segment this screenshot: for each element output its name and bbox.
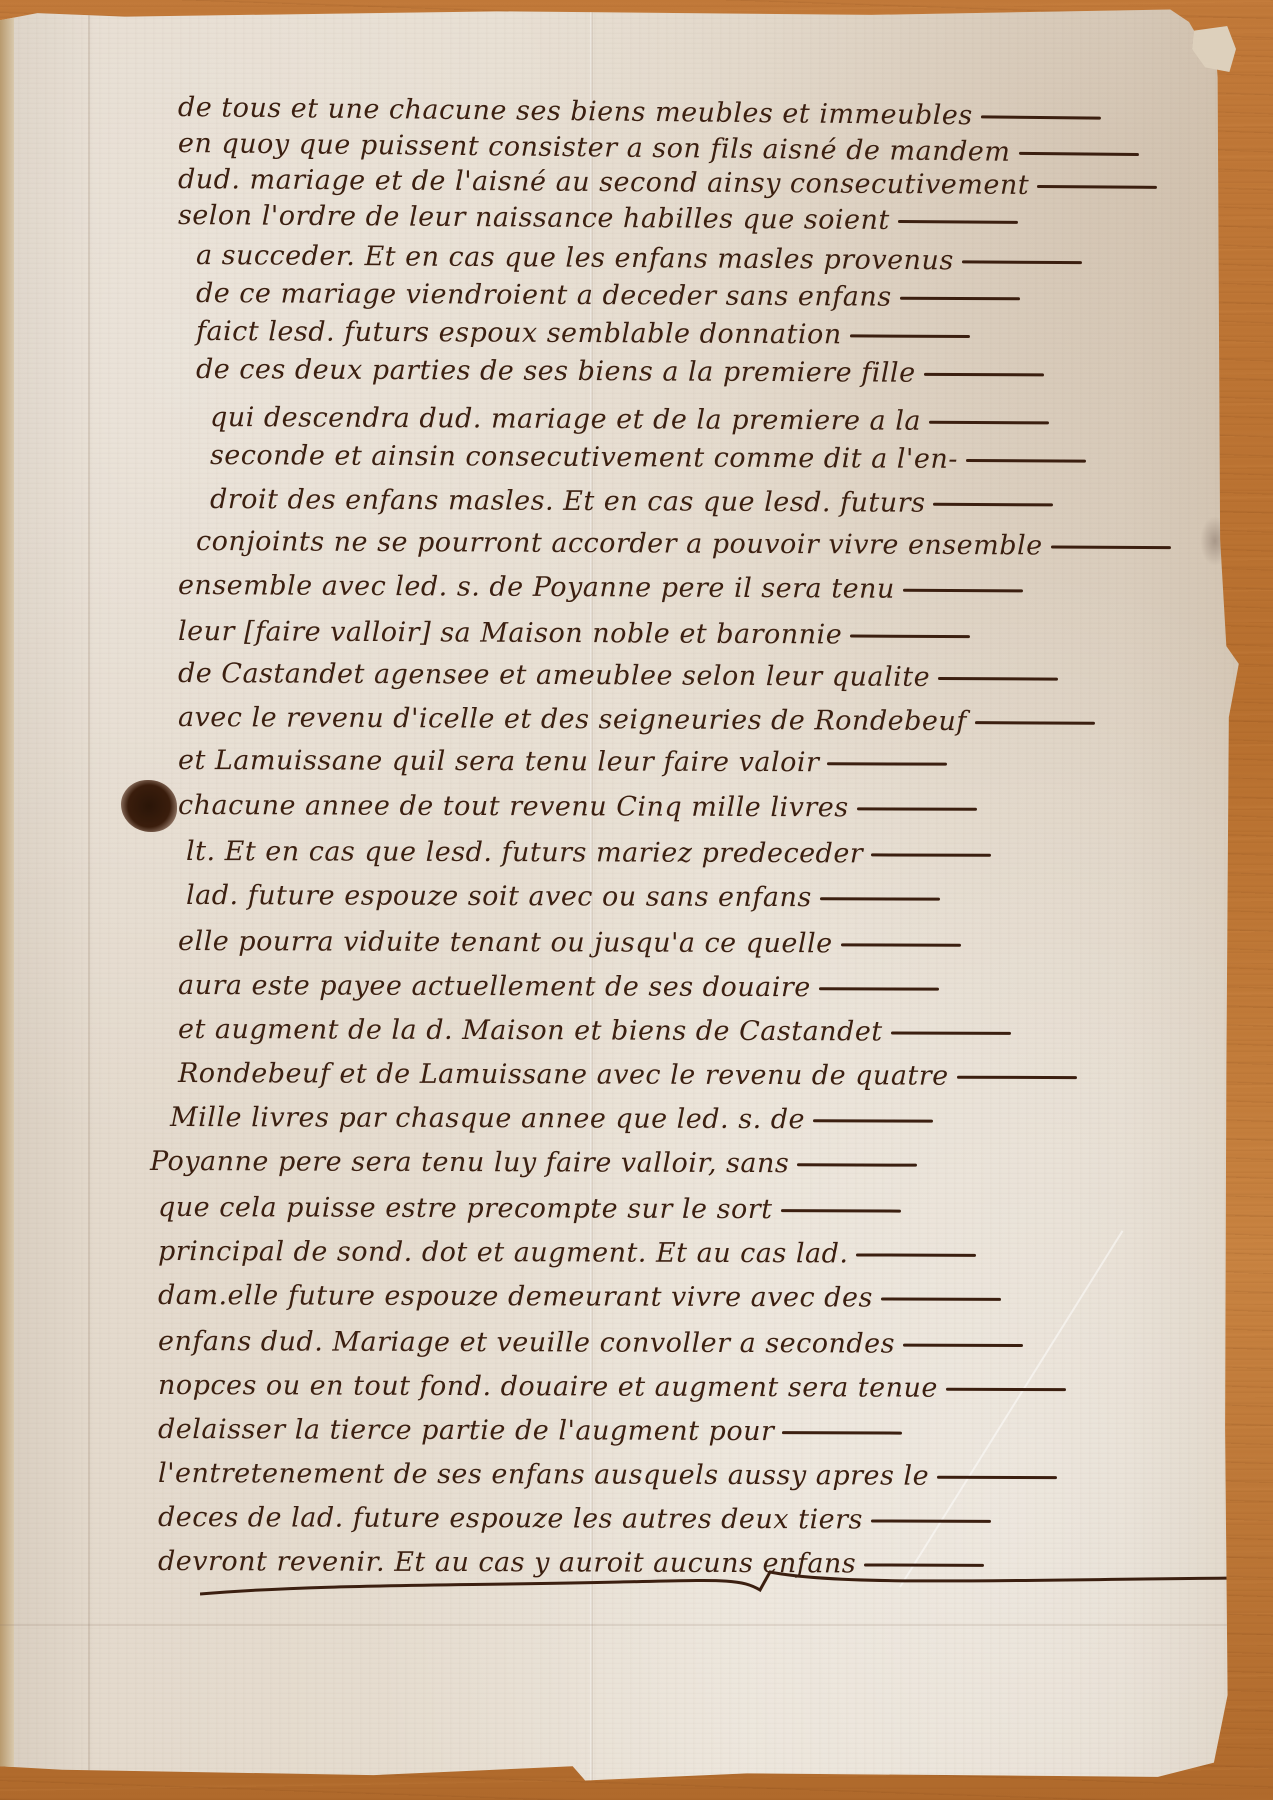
manuscript-line-text: a succeder. Et en cas que les enfans mas… <box>196 240 954 276</box>
manuscript-line-text: avec le revenu d'icelle et des seigneuri… <box>178 702 967 737</box>
manuscript-line-text: faict lesd. futurs espoux semblable donn… <box>196 316 842 350</box>
manuscript-line: faict lesd. futurs espoux semblable donn… <box>196 316 970 351</box>
manuscript-line-text: l'entretenement de ses enfans ausquels a… <box>158 1458 929 1492</box>
manuscript-line: selon l'ordre de leur naissance habilles… <box>178 200 1018 237</box>
manuscript-text: de tous et une chacune ses biens meubles… <box>0 6 1245 1784</box>
line-filler-stroke <box>857 807 977 810</box>
line-filler-stroke <box>797 1163 917 1166</box>
manuscript-line-text: droit des enfans masles. Et en cas que l… <box>210 484 926 519</box>
closing-flourish-underline <box>200 1564 1250 1604</box>
manuscript-line: a succeder. Et en cas que les enfans mas… <box>196 240 1082 277</box>
line-filler-stroke <box>903 589 1023 593</box>
manuscript-line-text: dam.elle future espouze demeurant vivre … <box>158 1280 873 1313</box>
manuscript-line: aura este payee actuellement de ses doua… <box>178 970 939 1004</box>
manuscript-line-text: elle pourra viduite tenant ou jusqu'a ce… <box>178 926 833 959</box>
manuscript-line: en quoy que puissent consister a son fil… <box>178 128 1139 169</box>
line-filler-stroke <box>900 297 1020 301</box>
manuscript-line-text: delaisser la tierce partie de l'augment … <box>158 1414 775 1447</box>
manuscript-line: Mille livres par chasque annee que led. … <box>170 1102 933 1136</box>
manuscript-line-text: lad. future espouze soit avec ou sans en… <box>186 880 812 913</box>
manuscript-line: Rondebeuf et de Lamuissane avec le reven… <box>178 1058 1077 1092</box>
line-filler-stroke <box>1037 185 1157 189</box>
line-filler-stroke <box>946 1388 1066 1391</box>
line-filler-stroke <box>856 1253 976 1256</box>
line-filler-stroke <box>850 334 970 338</box>
line-filler-stroke <box>881 1298 1001 1301</box>
manuscript-line-text: qui descendra dud. mariage et de la prem… <box>210 402 921 437</box>
manuscript-line: dud. mariage et de l'aisné au second ain… <box>178 164 1157 202</box>
manuscript-line: l'entretenement de ses enfans ausquels a… <box>158 1458 1057 1492</box>
manuscript-line-text: en quoy que puissent consister a son fil… <box>178 128 1011 168</box>
manuscript-line-text: leur [faire valloir] sa Maison noble et … <box>178 616 842 650</box>
line-filler-stroke <box>929 421 1049 425</box>
line-filler-stroke <box>871 853 991 856</box>
manuscript-line-text: chacune annee de tout revenu Cinq mille … <box>178 790 849 823</box>
manuscript-line-text: de ces deux parties de ses biens a la pr… <box>196 354 916 389</box>
manuscript-line-text: Mille livres par chasque annee que led. … <box>170 1102 805 1135</box>
line-filler-stroke <box>813 1119 933 1122</box>
manuscript-line: et augment de la d. Maison et biens de C… <box>178 1014 1011 1048</box>
line-filler-stroke <box>841 943 961 946</box>
manuscript-line-text: enfans dud. Mariage et veuille convoller… <box>158 1326 895 1360</box>
manuscript-line: de tous et une chacune ses biens meubles… <box>178 92 1101 133</box>
line-filler-stroke <box>819 987 939 990</box>
manuscript-line: avec le revenu d'icelle et des seigneuri… <box>178 702 1095 738</box>
manuscript-line: lad. future espouze soit avec ou sans en… <box>186 880 940 914</box>
manuscript-line-text: lt. Et en cas que lesd. futurs mariez pr… <box>186 836 863 869</box>
manuscript-line: que cela puisse estre precompte sur le s… <box>158 1192 901 1226</box>
manuscript-line: chacune annee de tout revenu Cinq mille … <box>178 790 977 824</box>
line-filler-stroke <box>820 897 940 900</box>
line-filler-stroke <box>850 635 970 639</box>
manuscript-line-text: seconde et ainsin consecutivement comme … <box>210 440 958 475</box>
line-filler-stroke <box>782 1431 902 1434</box>
manuscript-line-text: nopces ou en tout fond. douaire et augme… <box>158 1370 938 1404</box>
manuscript-line-text: deces de lad. future espouze les autres … <box>158 1502 863 1535</box>
manuscript-line: enfans dud. Mariage et veuille convoller… <box>158 1326 1023 1360</box>
manuscript-line-text: ensemble avec led. s. de Poyanne pere il… <box>178 570 895 605</box>
manuscript-line: conjoints ne se pourront accorder a pouv… <box>196 526 1171 562</box>
manuscript-line: et Lamuissane quil sera tenu leur faire … <box>178 745 948 779</box>
line-filler-stroke <box>871 1519 991 1522</box>
line-filler-stroke <box>1018 152 1138 156</box>
manuscript-line: principal de sond. dot et augment. Et au… <box>158 1236 977 1270</box>
line-filler-stroke <box>962 260 1082 264</box>
manuscript-line: delaisser la tierce partie de l'augment … <box>158 1414 903 1448</box>
line-filler-stroke <box>938 677 1058 681</box>
manuscript-line: leur [faire valloir] sa Maison noble et … <box>178 616 970 651</box>
line-filler-stroke <box>981 115 1101 119</box>
manuscript-line-text: de tous et une chacune ses biens meubles… <box>178 92 973 131</box>
manuscript-line: de ce mariage viendroient a deceder sans… <box>196 278 1020 313</box>
manuscript-line: seconde et ainsin consecutivement comme … <box>210 440 1086 476</box>
manuscript-line-text: Rondebeuf et de Lamuissane avec le reven… <box>178 1058 949 1092</box>
line-filler-stroke <box>957 1076 1077 1079</box>
manuscript-line: droit des enfans masles. Et en cas que l… <box>210 484 1054 519</box>
line-filler-stroke <box>898 220 1018 224</box>
manuscript-line: ensemble avec led. s. de Poyanne pere il… <box>178 570 1023 605</box>
line-filler-stroke <box>891 1031 1011 1034</box>
manuscript-line-text: principal de sond. dot et augment. Et au… <box>158 1236 849 1269</box>
manuscript-line-text: dud. mariage et de l'aisné au second ain… <box>178 164 1029 201</box>
manuscript-page: de tous et une chacune ses biens meubles… <box>0 6 1245 1784</box>
manuscript-line: qui descendra dud. mariage et de la prem… <box>210 402 1049 437</box>
line-filler-stroke <box>1051 545 1171 549</box>
manuscript-line-text: de ce mariage viendroient a deceder sans… <box>196 278 892 313</box>
manuscript-line: nopces ou en tout fond. douaire et augme… <box>158 1370 1066 1404</box>
manuscript-line-text: conjoints ne se pourront accorder a pouv… <box>196 526 1043 561</box>
manuscript-line: dam.elle future espouze demeurant vivre … <box>158 1280 1001 1314</box>
manuscript-line: de Castandet agensee et ameublee selon l… <box>178 658 1058 694</box>
manuscript-line-text: Poyanne pere sera tenu luy faire valloir… <box>150 1146 789 1179</box>
manuscript-line: elle pourra viduite tenant ou jusqu'a ce… <box>178 926 961 960</box>
line-filler-stroke <box>933 503 1053 507</box>
manuscript-line-text: selon l'ordre de leur naissance habilles… <box>178 200 890 236</box>
line-filler-stroke <box>966 459 1086 463</box>
line-filler-stroke <box>827 762 947 765</box>
manuscript-line: lt. Et en cas que lesd. futurs mariez pr… <box>186 836 991 870</box>
line-filler-stroke <box>924 373 1044 377</box>
line-filler-stroke <box>937 1476 1057 1479</box>
line-filler-stroke <box>975 721 1095 725</box>
manuscript-line-text: de Castandet agensee et ameublee selon l… <box>178 658 930 693</box>
manuscript-line-text: que cela puisse estre precompte sur le s… <box>158 1192 773 1225</box>
manuscript-line-text: et Lamuissane quil sera tenu leur faire … <box>178 745 820 778</box>
manuscript-line-text: aura este payee actuellement de ses doua… <box>178 970 811 1003</box>
manuscript-line-text: et augment de la d. Maison et biens de C… <box>178 1014 883 1047</box>
line-filler-stroke <box>781 1209 901 1212</box>
ink-blot <box>121 780 177 832</box>
manuscript-line: de ces deux parties de ses biens a la pr… <box>196 354 1044 389</box>
manuscript-line: Poyanne pere sera tenu luy faire valloir… <box>150 1146 917 1180</box>
manuscript-line: deces de lad. future espouze les autres … <box>158 1502 991 1536</box>
line-filler-stroke <box>903 1344 1023 1347</box>
